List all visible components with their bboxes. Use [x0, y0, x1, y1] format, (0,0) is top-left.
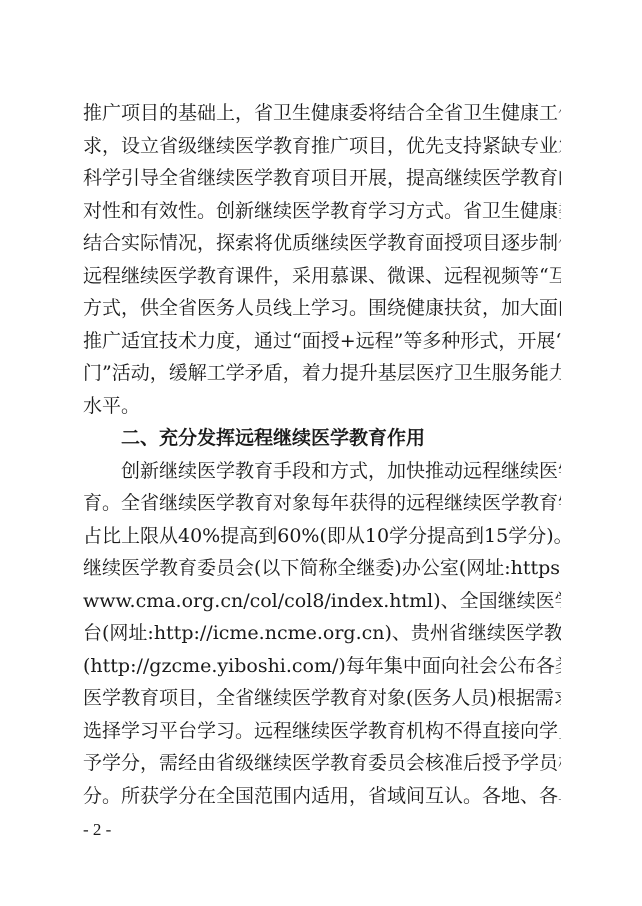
paragraph-line: 水平。: [83, 390, 561, 422]
paragraph-line: www.cma.org.cn/col/col8/index.html)、全国继续…: [83, 585, 561, 617]
paragraph-line: 选择学习平台学习。远程继续医学教育机构不得直接向学员授: [83, 715, 561, 747]
paragraph-line: 医学教育项目，全省继续医学教育对象(医务人员)根据需求自主: [83, 682, 561, 714]
paragraph-line: 推广项目的基础上，省卫生健康委将结合全省卫生健康工作需: [83, 97, 561, 129]
paragraph-line: 占比上限从40%提高到60%(即从10学分提高到15学分)。全国: [83, 520, 561, 552]
paragraph-line: 结合实际情况，探索将优质继续医学教育面授项目逐步制作为: [83, 227, 561, 259]
paragraph-line: (http://gzcme.yiboshi.com/)每年集中面向社会公布各类远…: [83, 650, 561, 682]
paragraph-line: 科学引导全省继续医学教育项目开展，提高继续医学教育的针: [83, 162, 561, 194]
paragraph-line: 方式，供全省医务人员线上学习。围绕健康扶贫，加大面向基层: [83, 292, 561, 324]
document-page: 推广项目的基础上，省卫生健康委将结合全省卫生健康工作需 求，设立省级继续医学教育…: [0, 0, 642, 906]
paragraph-line: 继续医学教育委员会(以下简称全继委)办公室(网址:https://: [83, 552, 561, 584]
paragraph-line: 远程继续医学教育课件，采用慕课、微课、远程视频等“互联网+”: [83, 260, 561, 292]
paragraph-line: 创新继续医学教育手段和方式，加快推动远程继续医学教: [121, 455, 561, 487]
paragraph-line: 分。所获学分在全国范围内适用，省域间互认。各地、各单位不: [83, 780, 561, 812]
page-number: - 2 -: [83, 820, 111, 840]
paragraph-line: 予学分，需经由省级继续医学教育委员会核准后授予学员相应学: [83, 747, 561, 779]
paragraph-line: 台(网址:http://icme.ncme.org.cn)、贵州省继续医学教育管…: [83, 617, 561, 649]
paragraph-line: 对性和有效性。创新继续医学教育学习方式。省卫生健康委将: [83, 195, 561, 227]
paragraph-line: 育。全省继续医学教育对象每年获得的远程继续医学教育学分: [83, 487, 561, 519]
paragraph-line: 推广适宜技术力度，通过“面授+远程”等多种形式，开展“送教上: [83, 325, 561, 357]
paragraph-line: 门”活动，缓解工学矛盾，着力提升基层医疗卫生服务能力和: [83, 357, 561, 389]
section-heading: 二、充分发挥远程继续医学教育作用: [121, 422, 561, 454]
paragraph-line: 求，设立省级继续医学教育推广项目，优先支持紧缺专业发展，: [83, 130, 561, 162]
